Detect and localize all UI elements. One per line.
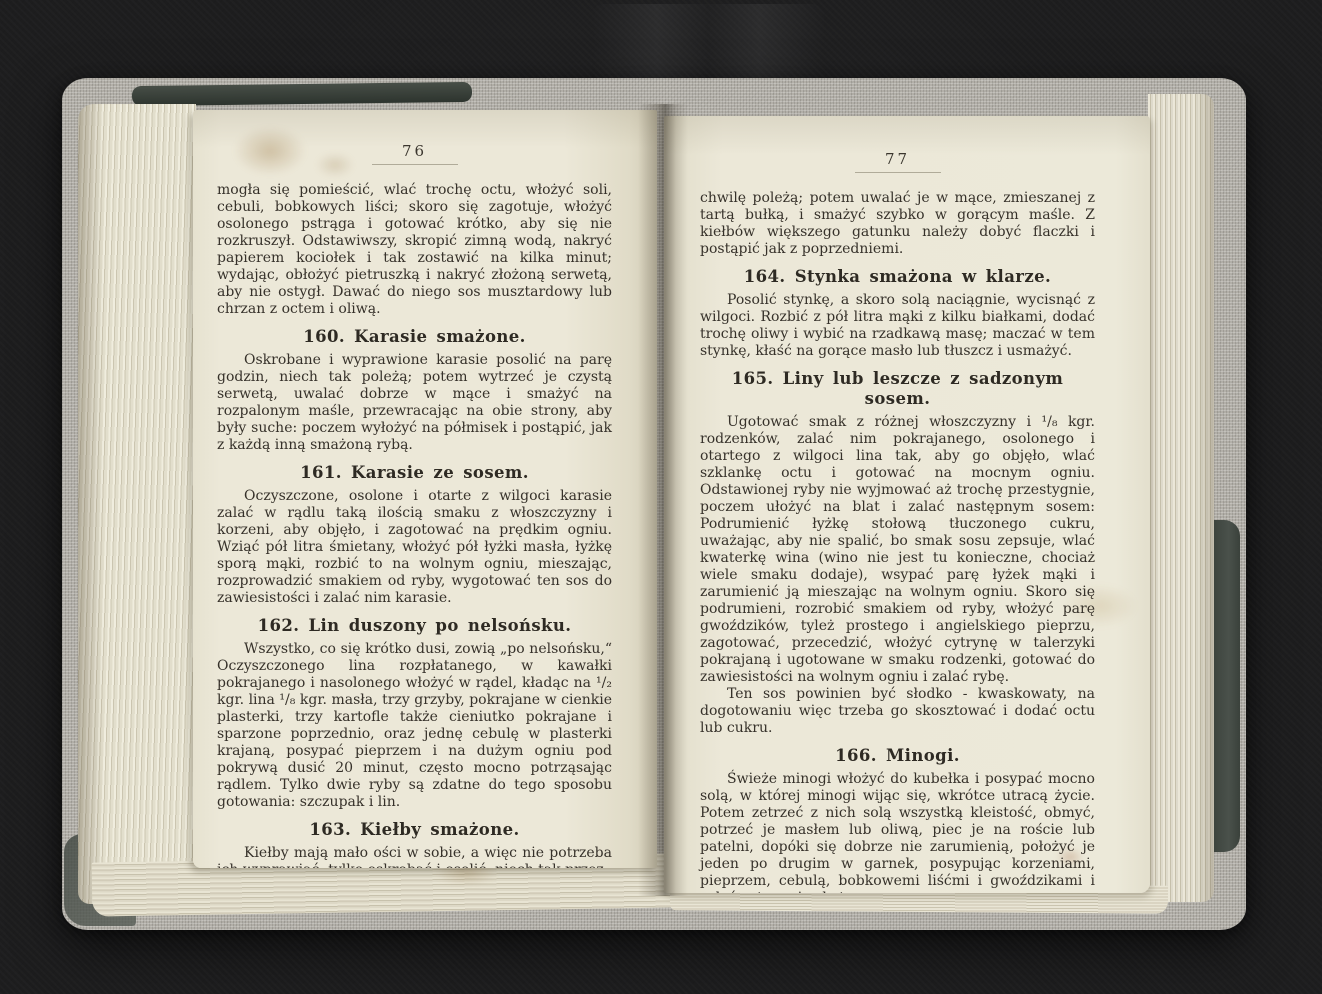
recipe-paragraph: Oczyszczone, osolone i otarte z wilgoci …: [217, 488, 612, 607]
recipe-heading: 161. Karasie ze sosem.: [217, 463, 612, 483]
page-number-rule: [372, 164, 458, 165]
page-number-rule: [855, 172, 941, 173]
recipe-paragraph: Ten sos powinien być słodko - kwaskowaty…: [700, 686, 1095, 737]
recipe-heading: 163. Kiełby smażone.: [217, 820, 612, 840]
recipe-paragraph: mogła się pomieścić, wlać trochę octu, w…: [217, 182, 612, 318]
right-page: 77 chwilę poleżą; potem uwalać je w mące…: [664, 116, 1150, 893]
photo-background: 76 mogła się pomieścić, wlać trochę octu…: [0, 0, 1322, 994]
recipe-paragraph: Kiełby mają mało ości w sobie, a więc ni…: [217, 845, 612, 868]
page-stack-right: [1148, 94, 1214, 902]
recipe-heading: 160. Karasie smażone.: [217, 327, 612, 347]
left-page: 76 mogła się pomieścić, wlać trochę octu…: [193, 110, 657, 868]
book-cover: 76 mogła się pomieścić, wlać trochę octu…: [62, 78, 1246, 930]
recipe-paragraph: Ugotować smak z różnej włoszczyzny i ¹/₈…: [700, 414, 1095, 686]
recipe-paragraph: Wszystko, co się krótko dusi, zowią „po …: [217, 641, 612, 811]
right-page-text: chwilę poleżą; potem uwalać je w mące, z…: [700, 190, 1095, 893]
recipe-heading: 164. Stynka smażona w klarze.: [700, 267, 1095, 287]
recipe-paragraph: Oskrobane i wyprawione karasie posolić n…: [217, 352, 612, 454]
recipe-heading: 166. Minogi.: [700, 746, 1095, 766]
left-page-number: 76: [217, 144, 612, 159]
right-page-number: 77: [700, 152, 1095, 167]
recipe-heading: 165. Liny lub leszcze z sadzonym sosem.: [700, 369, 1095, 409]
recipe-paragraph: Posolić stynkę, a skoro solą naciągnie, …: [700, 292, 1095, 360]
recipe-paragraph: Świeże minogi włożyć do kubełka i posypa…: [700, 771, 1095, 893]
page-stack-left: [78, 104, 196, 904]
cover-cloth-edge-top: [132, 82, 472, 106]
left-page-text: mogła się pomieścić, wlać trochę octu, w…: [217, 182, 612, 868]
recipe-heading: 162. Lin duszony po nelsońsku.: [217, 616, 612, 636]
recipe-paragraph: chwilę poleżą; potem uwalać je w mące, z…: [700, 190, 1095, 258]
